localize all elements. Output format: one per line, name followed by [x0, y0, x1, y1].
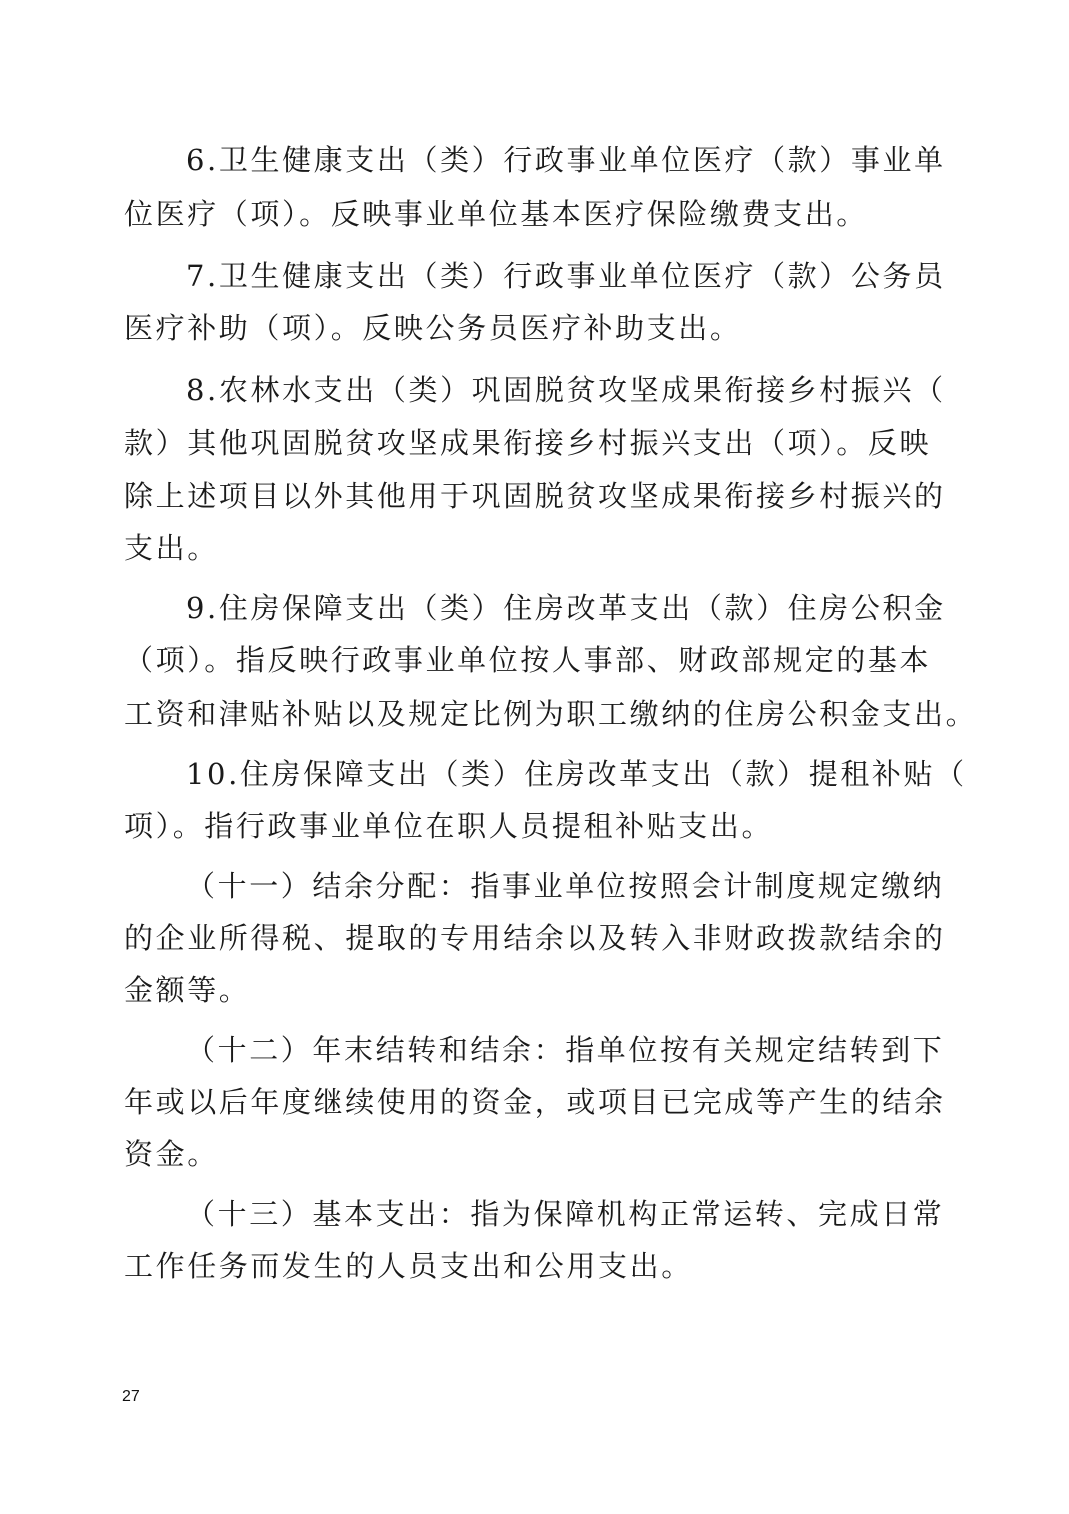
paragraph-item-7-line-2: 医疗补助（项）。反映公务员医疗补助支出。 — [124, 308, 914, 348]
paragraph-section-11-line-2: 的企业所得税、提取的专用结余以及转入非财政拨款结余的 — [124, 918, 914, 958]
paragraph-section-11-line-1: （十一）结余分配：指事业单位按照会计制度规定缴纳 — [186, 866, 914, 906]
paragraph-section-12-line-2: 年或以后年度继续使用的资金，或项目已完成等产生的结余 — [124, 1082, 914, 1122]
paragraph-item-6-line-1: 6.卫生健康支出（类）行政事业单位医疗（款）事业单 — [186, 140, 914, 180]
paragraph-item-6-line-2: 位医疗（项）。反映事业单位基本医疗保险缴费支出。 — [124, 194, 914, 234]
paragraph-item-9-line-3: 工资和津贴补贴以及规定比例为职工缴纳的住房公积金支出。 — [124, 694, 914, 734]
document-page: 6.卫生健康支出（类）行政事业单位医疗（款）事业单 位医疗（项）。反映事业单位基… — [0, 0, 1069, 1514]
paragraph-item-9-line-2: （项）。指反映行政事业单位按人事部、财政部规定的基本 — [124, 640, 914, 680]
paragraph-item-8-line-4: 支出。 — [124, 528, 914, 568]
paragraph-item-9-line-1: 9.住房保障支出（类）住房改革支出（款）住房公积金 — [186, 588, 914, 628]
paragraph-item-8-line-2: 款）其他巩固脱贫攻坚成果衔接乡村振兴支出（项）。反映 — [124, 423, 914, 463]
paragraph-item-8-line-3: 除上述项目以外其他用于巩固脱贫攻坚成果衔接乡村振兴的 — [124, 476, 914, 516]
page-number: 27 — [122, 1388, 140, 1406]
paragraph-item-10-line-1: 10.住房保障支出（类）住房改革支出（款）提租补贴（ — [186, 754, 914, 794]
paragraph-item-7-line-1: 7.卫生健康支出（类）行政事业单位医疗（款）公务员 — [186, 256, 914, 296]
paragraph-section-11-line-3: 金额等。 — [124, 970, 914, 1010]
paragraph-item-10-line-2: 项）。指行政事业单位在职人员提租补贴支出。 — [124, 806, 914, 846]
paragraph-section-13-line-2: 工作任务而发生的人员支出和公用支出。 — [124, 1246, 914, 1286]
paragraph-section-12-line-3: 资金。 — [124, 1134, 914, 1174]
paragraph-item-8-line-1: 8.农林水支出（类）巩固脱贫攻坚成果衔接乡村振兴（ — [186, 370, 914, 410]
paragraph-section-12-line-1: （十二）年末结转和结余：指单位按有关规定结转到下 — [186, 1030, 914, 1070]
paragraph-section-13-line-1: （十三）基本支出：指为保障机构正常运转、完成日常 — [186, 1194, 914, 1234]
